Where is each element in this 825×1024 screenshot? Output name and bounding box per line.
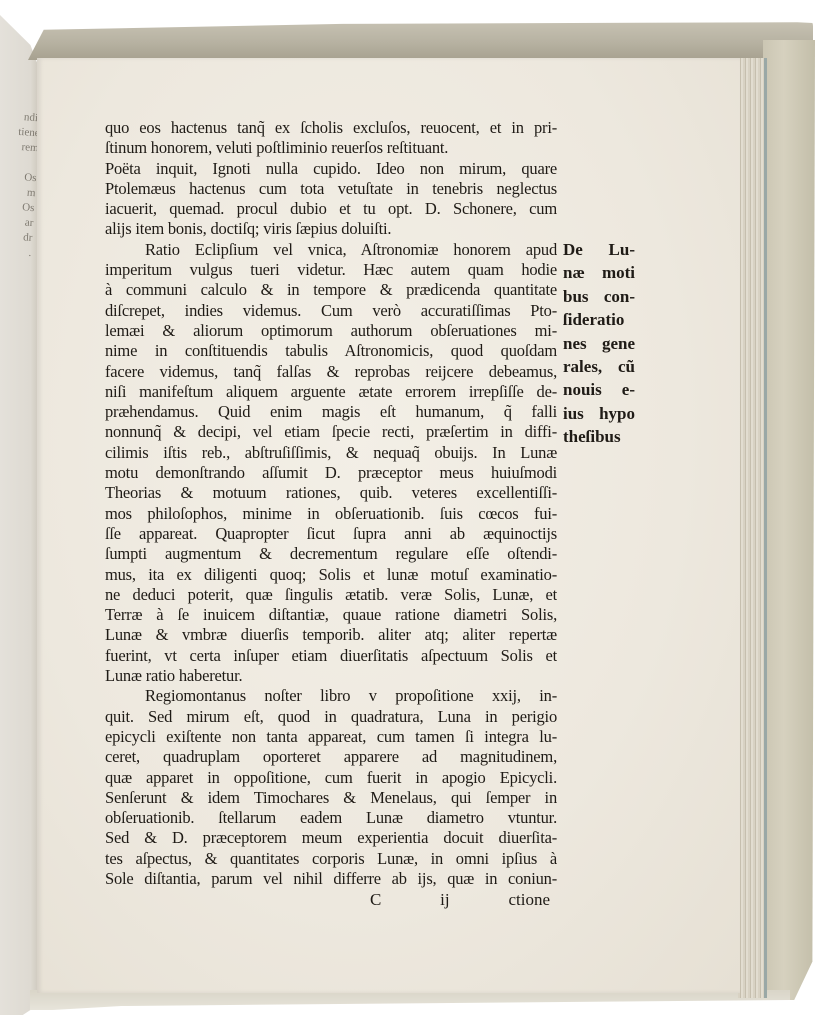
text-line: quo eos hactenus tanq̃ ex ſcholis excluſ… [105, 118, 557, 138]
text-line: alijs item bonis, doctiſq; viris ſæpius … [105, 219, 557, 239]
text-line: Lunæ ratio haberetur. [105, 666, 557, 686]
vellum-binding-right [763, 40, 815, 1000]
catchword: ctione [508, 890, 550, 910]
margin-note-line: ius hypo [563, 402, 635, 425]
margin-note-line: bus con- [563, 285, 635, 308]
text-line: quæ apparet in oppoſitione, cum fuerit i… [105, 768, 557, 788]
text-line: quit. Sed mirum eſt, quod in quadratura,… [105, 707, 557, 727]
text-line: Sole diſtantia, parum vel nihil differre… [105, 869, 557, 889]
signature-mark: C [370, 890, 381, 910]
text-line: fuerint, vt certa inſuper etiam diuerſit… [105, 646, 557, 666]
margin-note-line: De Lu- [563, 238, 635, 261]
text-line: cilimis iſtis reb., abſtruſiſſimis, & ne… [105, 443, 557, 463]
text-line: niſi manifeſtum aliquem arguente ætate e… [105, 382, 557, 402]
text-line: nime in conſtituendis tabulis Aſtronomic… [105, 341, 557, 361]
body-text: quo eos hactenus tanq̃ ex ſcholis excluſ… [105, 118, 557, 889]
margin-note-line: næ moti [563, 261, 635, 284]
text-line: Lunæ & vmbræ diuerſis temporib. aliter a… [105, 625, 557, 645]
margin-note-line: ſideratio [563, 308, 635, 331]
text-line: ne deduci poterit, quæ ſingulis ætatib. … [105, 585, 557, 605]
page-block-edges [738, 58, 767, 998]
text-line: obſeruationib. ſtellarum eadem Lunæ diam… [105, 808, 557, 828]
text-line: mus, ita ex diligenti quoq; Solis et lun… [105, 565, 557, 585]
margin-note-line: nouis e- [563, 378, 635, 401]
text-line: Regiomontanus noſter libro v propoſition… [105, 686, 557, 706]
facing-page-text: ndi, tiene rem Os m Os ar dr . [0, 109, 41, 261]
facing-fragment: . [0, 244, 32, 261]
text-line: facere videmus, tanq̃ falſas & reprobas … [105, 362, 557, 382]
text-line: à communi calculo & in tempore & prædice… [105, 280, 557, 300]
text-line: præhendamus. Quid enim magis eſt humanum… [105, 402, 557, 422]
text-line: Poëta inquit, Ignoti nulla cupido. Ideo … [105, 159, 557, 179]
margin-note-line: nes gene [563, 332, 635, 355]
facing-page-edge: ndi, tiene rem Os m Os ar dr . [0, 15, 38, 1015]
text-line: nonnunq̃ & decipi, vel etiam ſpecie rect… [105, 422, 557, 442]
vellum-binding-bottom [30, 990, 790, 1010]
text-line: tes aſpectus, & quantitates corporis Lun… [105, 849, 557, 869]
text-line: ceret, quadruplam oporteret apparere ad … [105, 747, 557, 767]
text-line: Ratio Eclipſium vel vnica, Aſtronomiæ ho… [105, 240, 557, 260]
text-line: Terræ à ſe inuicem diſtantiæ, quaue rati… [105, 605, 557, 625]
margin-note-line: rales, cũ [563, 355, 635, 378]
signature-line: C ij ctione [370, 890, 550, 910]
text-line: mos philoſophos, minime in obſeruationib… [105, 504, 557, 524]
text-line: ſumpti augmentum & decrementum regulare … [105, 544, 557, 564]
text-line: motu demonſtrando aſſumit D. præceptor m… [105, 463, 557, 483]
text-line: iacuerit, quemad. procul dubio et tu opt… [105, 199, 557, 219]
text-line: lemæi & aliorum optimorum authorum obſer… [105, 321, 557, 341]
text-line: epicycli exiſtente non tanta appareat, c… [105, 727, 557, 747]
vellum-binding-top [28, 18, 813, 60]
text-line: Theorias & motuum rationes, quib. vetere… [105, 483, 557, 503]
text-line: diſcrepet, indies videmus. Cum verò accu… [105, 301, 557, 321]
text-line: Senſerunt & idem Timochares & Menelaus, … [105, 788, 557, 808]
text-line: Ptolemæus hactenus cum tota vetuſtate in… [105, 179, 557, 199]
text-line: ſtinum honorem, veluti poſtliminio reuer… [105, 138, 557, 158]
marginal-note: De Lu- næ moti bus con- ſideratio nes ge… [563, 238, 635, 449]
text-line: Sed & D. præceptorem meum experientia do… [105, 828, 557, 848]
margin-note-line: theſibus [563, 425, 635, 448]
signature-number: ij [440, 890, 449, 910]
text-line: imperitum vulgus tueri videtur. Hæc aute… [105, 260, 557, 280]
text-line: ſſe appareat. Quapropter ſicut ſupra ann… [105, 524, 557, 544]
